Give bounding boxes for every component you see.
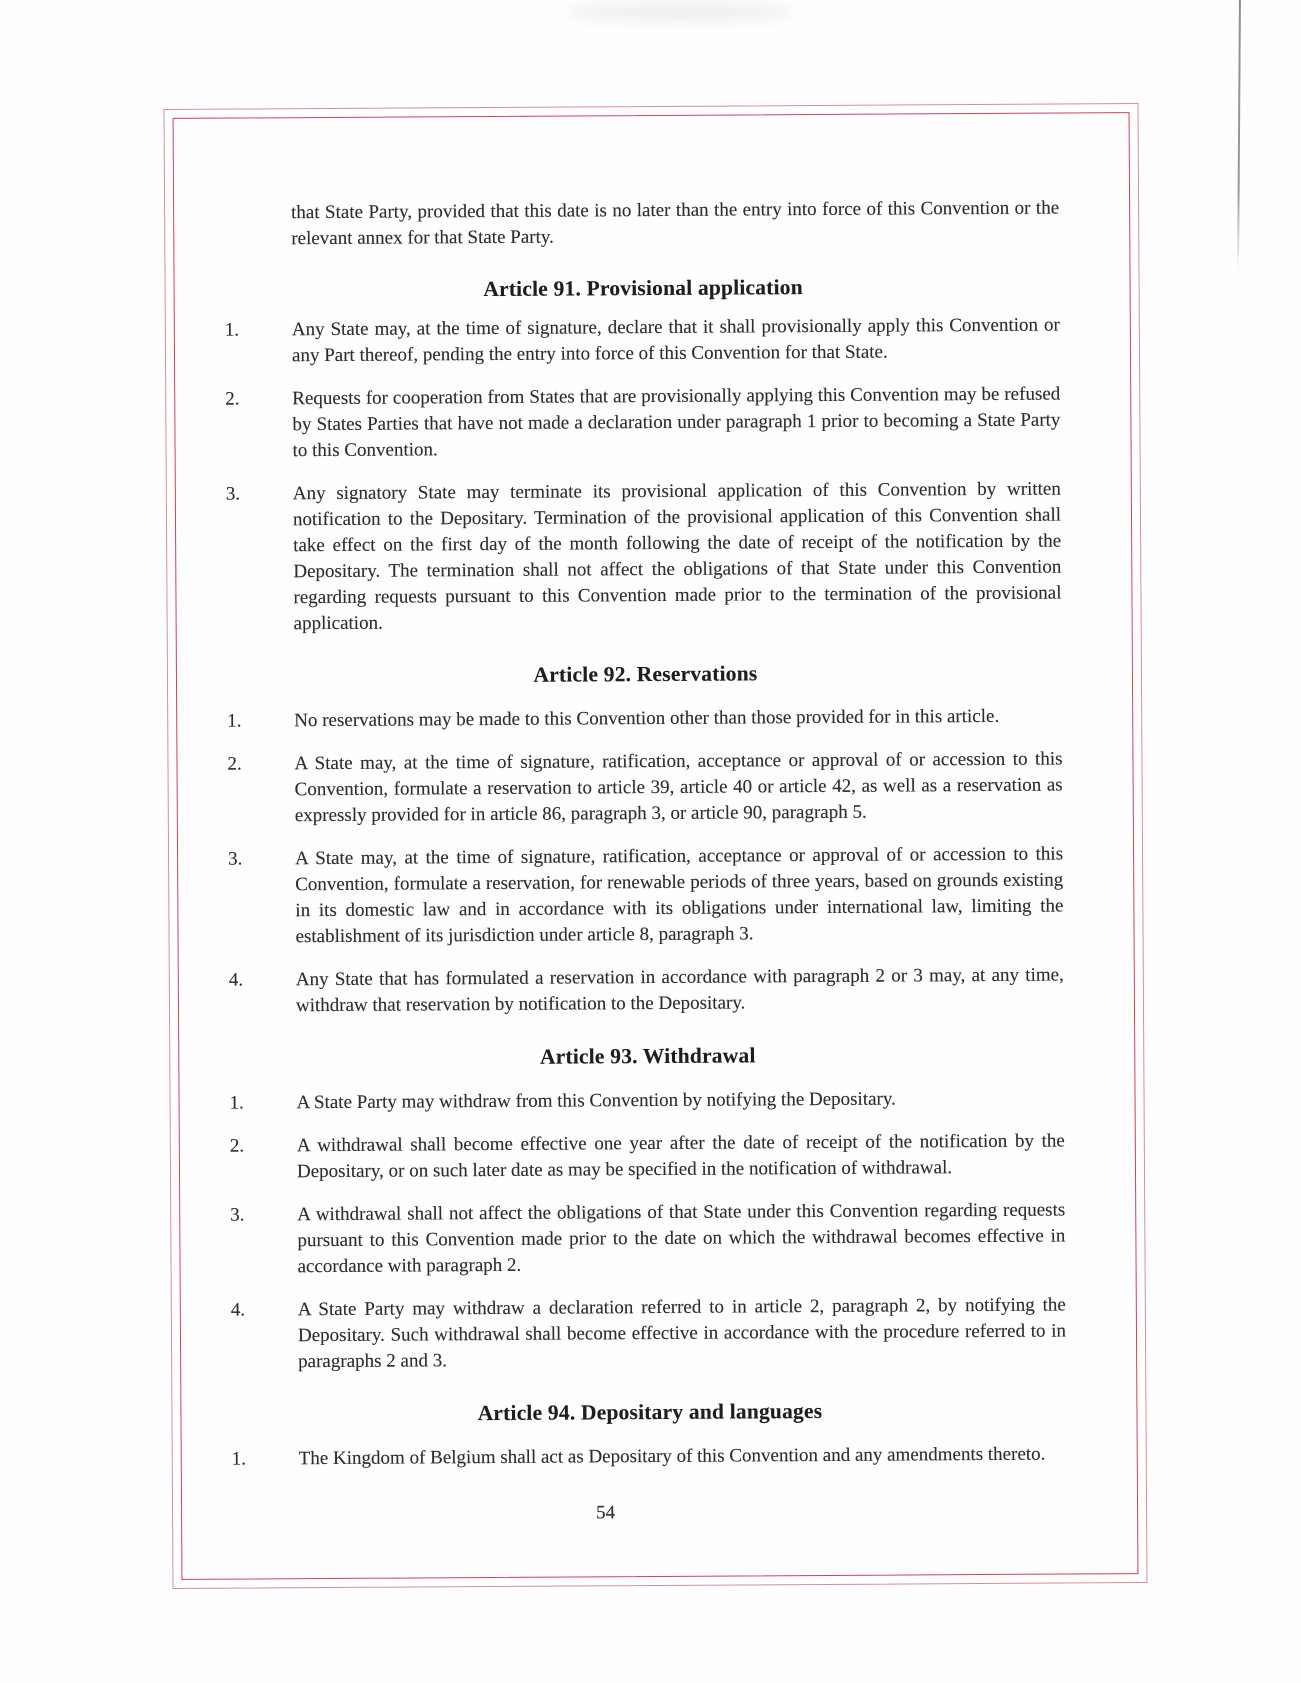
item-number: 1. xyxy=(227,708,294,734)
item-text: A State may, at the time of signature, r… xyxy=(295,842,1064,951)
scan-edge-artifact xyxy=(1237,0,1241,272)
article-92-heading: Article 92. Reservations xyxy=(227,658,1064,692)
article-92-item-1: 1. No reservations may be made to this C… xyxy=(227,704,1064,735)
item-number: 3. xyxy=(230,1202,297,1280)
item-number: 1. xyxy=(232,1446,299,1472)
article-93-item-1: 1. A State Party may withdraw from this … xyxy=(229,1085,1066,1116)
page-content: that State Party, provided that this dat… xyxy=(174,113,1138,1529)
item-text: A withdrawal shall not affect the obliga… xyxy=(297,1198,1065,1281)
article-94-item-1: 1. The Kingdom of Belgium shall act as D… xyxy=(232,1441,1069,1472)
item-number: 4. xyxy=(231,1297,298,1375)
item-text: A State may, at the time of signature, r… xyxy=(294,747,1062,830)
item-number: 1. xyxy=(229,1090,296,1116)
article-91-heading: Article 91. Provisional application xyxy=(225,272,1062,306)
item-text: No reservations may be made to this Conv… xyxy=(294,704,1062,735)
item-text: Any signatory State may terminate its pr… xyxy=(293,477,1062,638)
item-number: 1. xyxy=(225,317,292,369)
article-93-heading: Article 93. Withdrawal xyxy=(229,1039,1066,1073)
item-text: The Kingdom of Belgium shall act as Depo… xyxy=(299,1441,1067,1472)
article-92-item-4: 4. Any State that has formulated a reser… xyxy=(229,962,1066,1019)
item-number: 4. xyxy=(229,967,296,1019)
item-text: Any State may, at the time of signature,… xyxy=(292,313,1060,370)
article-91-item-1: 1. Any State may, at the time of signatu… xyxy=(225,313,1062,370)
item-number: 3. xyxy=(226,481,294,637)
article-91-item-3: 3. Any signatory State may terminate its… xyxy=(226,477,1064,638)
page-border-frame-inner: that State Party, provided that this dat… xyxy=(173,112,1139,1580)
item-number: 3. xyxy=(228,846,296,950)
article-93-item-3: 3. A withdrawal shall not affect the obl… xyxy=(230,1197,1067,1280)
item-text: Any State that has formulated a reservat… xyxy=(296,963,1064,1020)
article-92-item-2: 2. A State may, at the time of signature… xyxy=(227,747,1064,830)
article-94-heading: Article 94. Depositary and languages xyxy=(231,1395,1068,1429)
article-91-item-2: 2. Requests for cooperation from States … xyxy=(225,382,1062,465)
item-number: 2. xyxy=(227,751,294,829)
article-93-item-2: 2. A withdrawal shall become effective o… xyxy=(230,1128,1067,1185)
item-text: A State Party may withdraw a declaration… xyxy=(298,1293,1066,1376)
scan-smudge-artifact xyxy=(565,4,795,20)
item-text: Requests for cooperation from States tha… xyxy=(292,382,1060,465)
page-border-frame-outer: that State Party, provided that this dat… xyxy=(163,103,1147,1589)
item-text: A State Party may withdraw from this Con… xyxy=(296,1086,1064,1117)
page-number: 54 xyxy=(187,1498,1024,1529)
article-93-item-4: 4. A State Party may withdraw a declarat… xyxy=(231,1292,1068,1375)
item-number: 2. xyxy=(225,386,292,464)
paragraph-continuation: that State Party, provided that this dat… xyxy=(291,196,1059,253)
item-text: A withdrawal shall become effective one … xyxy=(297,1129,1065,1186)
item-number: 2. xyxy=(230,1133,297,1185)
article-92-item-3: 3. A State may, at the time of signature… xyxy=(228,841,1066,950)
scanned-document-page: that State Party, provided that this dat… xyxy=(0,0,1301,1683)
